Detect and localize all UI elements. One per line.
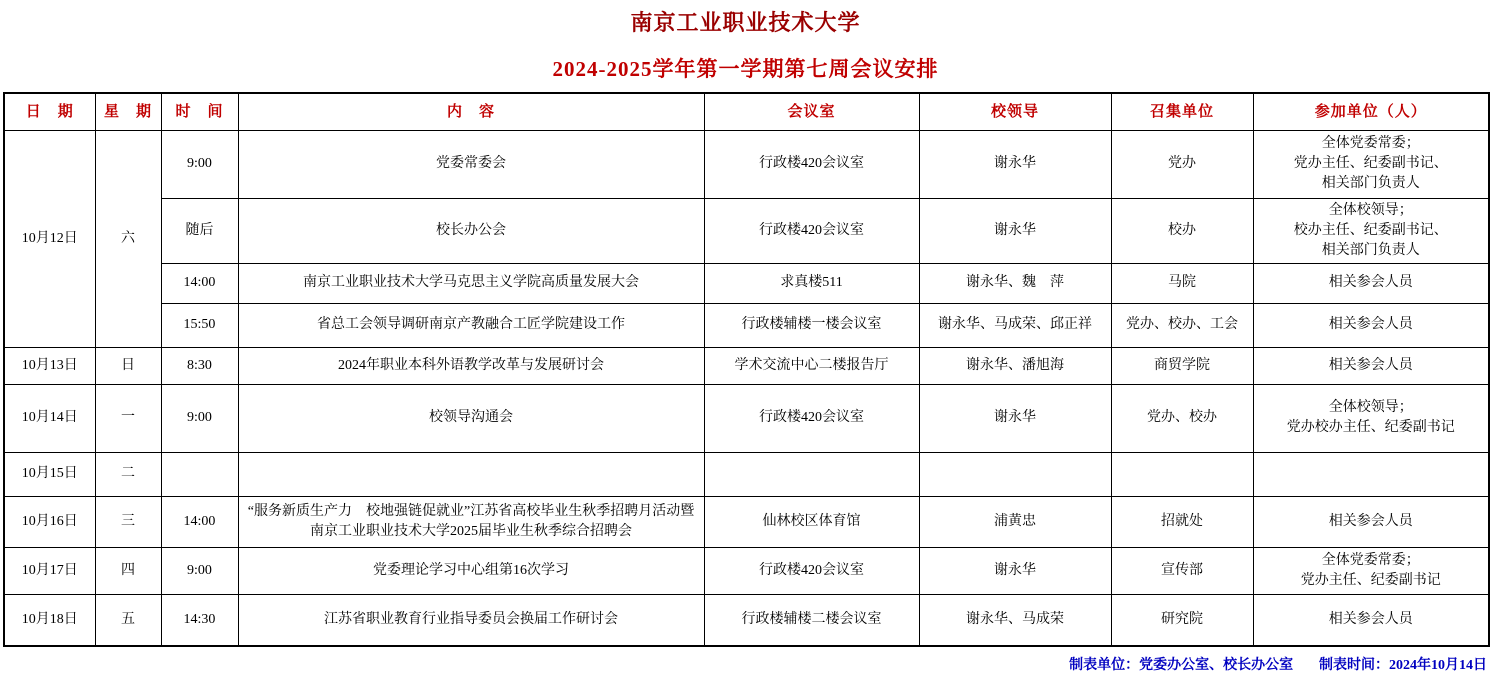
leader-cell: 浦黄忠 (919, 496, 1111, 547)
leader-cell: 谢永华、马成荣 (919, 594, 1111, 646)
header-cell-leader: 校领导 (919, 93, 1111, 130)
room-cell: 求真楼511 (704, 263, 919, 303)
table-row: 10月16日 三 14:00 “服务新质生产力 校地强链促就业”江苏省高校毕业生… (4, 496, 1489, 547)
time-cell: 8:30 (161, 347, 238, 384)
leader-cell: 谢永华、马成荣、邱正祥 (919, 303, 1111, 347)
room-cell: 仙林校区体育馆 (704, 496, 919, 547)
unit-cell (1111, 452, 1253, 496)
room-cell: 行政楼420会议室 (704, 130, 919, 198)
week-cell: 五 (95, 594, 161, 646)
room-cell: 行政楼辅楼二楼会议室 (704, 594, 919, 646)
participants-cell: 相关参会人员 (1253, 347, 1489, 384)
room-cell: 学术交流中心二楼报告厅 (704, 347, 919, 384)
date-cell: 10月17日 (4, 547, 95, 594)
participants-cell: 全体校领导； 校办主任、纪委副书记、 相关部门负责人 (1253, 198, 1489, 263)
footer-note: 制表单位：党委办公室、校长办公室 制表时间：2024年10月14日 (0, 654, 1487, 674)
time-cell: 15:50 (161, 303, 238, 347)
document-page: 南京工业职业技术大学 2024-2025学年第一学期第七周会议安排 日 期 星 … (0, 0, 1491, 675)
room-cell (704, 452, 919, 496)
week-cell: 三 (95, 496, 161, 547)
table-header-row: 日 期 星 期 时 间 内 容 会议室 校领导 召集单位 参加单位（人） (4, 93, 1489, 130)
time-cell: 9:00 (161, 547, 238, 594)
unit-cell: 宣传部 (1111, 547, 1253, 594)
leader-cell: 谢永华 (919, 547, 1111, 594)
week-cell: 一 (95, 384, 161, 452)
date-cell: 10月14日 (4, 384, 95, 452)
time-cell: 14:00 (161, 496, 238, 547)
time-cell: 14:30 (161, 594, 238, 646)
room-cell: 行政楼420会议室 (704, 547, 919, 594)
table-row: 15:50 省总工会领导调研南京产教融合工匠学院建设工作 行政楼辅楼一楼会议室 … (4, 303, 1489, 347)
table-row: 随后 校长办公会 行政楼420会议室 谢永华 校办 全体校领导； 校办主任、纪委… (4, 198, 1489, 263)
week-cell: 六 (95, 130, 161, 347)
table-row: 10月18日 五 14:30 江苏省职业教育行业指导委员会换届工作研讨会 行政楼… (4, 594, 1489, 646)
meeting-schedule-table: 日 期 星 期 时 间 内 容 会议室 校领导 召集单位 参加单位（人） 10月… (3, 92, 1490, 647)
content-cell: 党委常委会 (238, 130, 704, 198)
content-cell: 党委理论学习中心组第16次学习 (238, 547, 704, 594)
time-cell: 9:00 (161, 130, 238, 198)
room-cell: 行政楼420会议室 (704, 384, 919, 452)
unit-cell: 党办、校办、工会 (1111, 303, 1253, 347)
participants-cell: 相关参会人员 (1253, 263, 1489, 303)
unit-cell: 党办、校办 (1111, 384, 1253, 452)
week-cell: 二 (95, 452, 161, 496)
date-cell: 10月12日 (4, 130, 95, 347)
unit-cell: 招就处 (1111, 496, 1253, 547)
content-cell: 校领导沟通会 (238, 384, 704, 452)
date-cell: 10月13日 (4, 347, 95, 384)
time-cell: 9:00 (161, 384, 238, 452)
content-cell: 2024年职业本科外语教学改革与发展研讨会 (238, 347, 704, 384)
unit-cell: 研究院 (1111, 594, 1253, 646)
time-cell (161, 452, 238, 496)
page-subtitle: 2024-2025学年第一学期第七周会议安排 (0, 54, 1491, 84)
table-row: 10月15日 二 (4, 452, 1489, 496)
date-cell: 10月15日 (4, 452, 95, 496)
table-row: 10月12日 六 9:00 党委常委会 行政楼420会议室 谢永华 党办 全体党… (4, 130, 1489, 198)
leader-cell: 谢永华、潘旭海 (919, 347, 1111, 384)
content-cell: 江苏省职业教育行业指导委员会换届工作研讨会 (238, 594, 704, 646)
table-row: 14:00 南京工业职业技术大学马克思主义学院高质量发展大会 求真楼511 谢永… (4, 263, 1489, 303)
header-cell-participants: 参加单位（人） (1253, 93, 1489, 130)
content-cell (238, 452, 704, 496)
header-cell-unit: 召集单位 (1111, 93, 1253, 130)
page-title: 南京工业职业技术大学 (0, 8, 1491, 38)
content-cell: 省总工会领导调研南京产教融合工匠学院建设工作 (238, 303, 704, 347)
leader-cell: 谢永华 (919, 198, 1111, 263)
footer-time: 制表时间：2024年10月14日 (1319, 654, 1487, 674)
week-cell: 四 (95, 547, 161, 594)
room-cell: 行政楼420会议室 (704, 198, 919, 263)
unit-cell: 校办 (1111, 198, 1253, 263)
footer-org: 制表单位：党委办公室、校长办公室 (1069, 658, 1293, 673)
content-cell: 南京工业职业技术大学马克思主义学院高质量发展大会 (238, 263, 704, 303)
header-cell-time: 时 间 (161, 93, 238, 130)
date-cell: 10月18日 (4, 594, 95, 646)
header-cell-room: 会议室 (704, 93, 919, 130)
unit-cell: 党办 (1111, 130, 1253, 198)
header-cell-date: 日 期 (4, 93, 95, 130)
table-row: 10月13日 日 8:30 2024年职业本科外语教学改革与发展研讨会 学术交流… (4, 347, 1489, 384)
content-cell: 校长办公会 (238, 198, 704, 263)
time-cell: 随后 (161, 198, 238, 263)
room-cell: 行政楼辅楼一楼会议室 (704, 303, 919, 347)
leader-cell: 谢永华 (919, 384, 1111, 452)
leader-cell: 谢永华 (919, 130, 1111, 198)
participants-cell: 相关参会人员 (1253, 303, 1489, 347)
date-cell: 10月16日 (4, 496, 95, 547)
participants-cell (1253, 452, 1489, 496)
content-cell: “服务新质生产力 校地强链促就业”江苏省高校毕业生秋季招聘月活动暨南京工业职业技… (238, 496, 704, 547)
time-cell: 14:00 (161, 263, 238, 303)
participants-cell: 全体党委常委； 党办主任、纪委副书记 (1253, 547, 1489, 594)
unit-cell: 马院 (1111, 263, 1253, 303)
participants-cell: 相关参会人员 (1253, 496, 1489, 547)
week-cell: 日 (95, 347, 161, 384)
table-row: 10月14日 一 9:00 校领导沟通会 行政楼420会议室 谢永华 党办、校办… (4, 384, 1489, 452)
unit-cell: 商贸学院 (1111, 347, 1253, 384)
header-cell-content: 内 容 (238, 93, 704, 130)
leader-cell: 谢永华、魏 萍 (919, 263, 1111, 303)
participants-cell: 相关参会人员 (1253, 594, 1489, 646)
header-cell-week: 星 期 (95, 93, 161, 130)
table-row: 10月17日 四 9:00 党委理论学习中心组第16次学习 行政楼420会议室 … (4, 547, 1489, 594)
participants-cell: 全体党委常委； 党办主任、纪委副书记、 相关部门负责人 (1253, 130, 1489, 198)
participants-cell: 全体校领导； 党办校办主任、纪委副书记 (1253, 384, 1489, 452)
leader-cell (919, 452, 1111, 496)
